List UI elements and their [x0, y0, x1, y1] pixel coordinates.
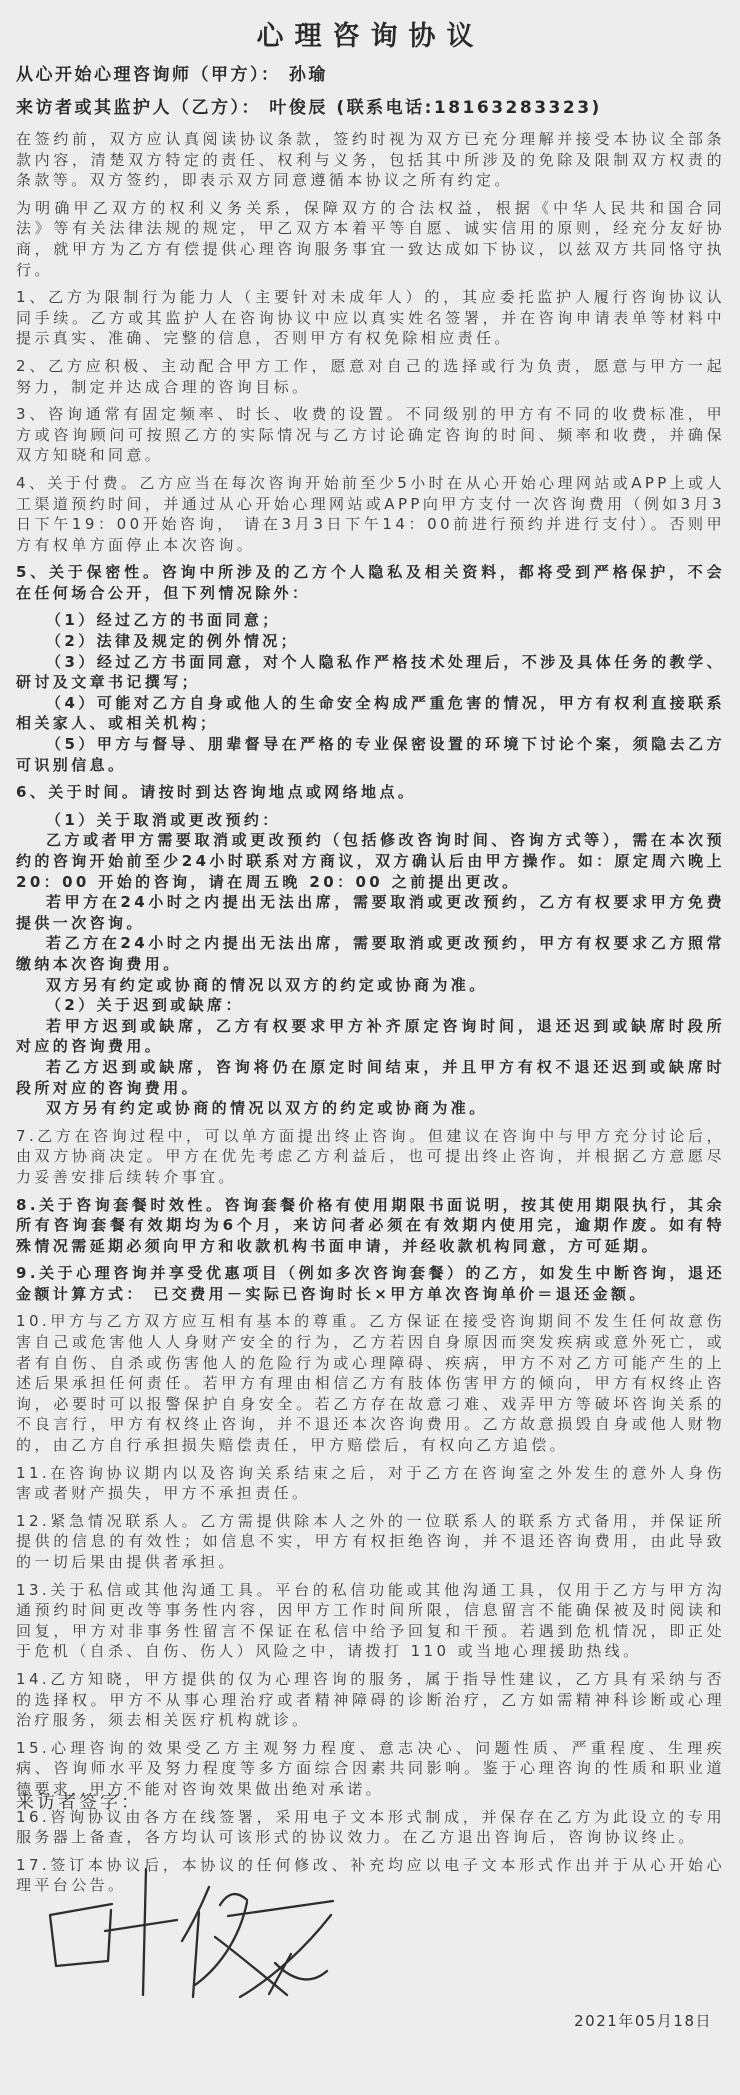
visitor-signature-handwriting [34, 1854, 344, 2014]
agreement-paragraph: （3）经过乙方书面同意，对个人隐私作严格技术处理后，不涉及具体任务的教学、研讨及… [16, 652, 725, 693]
agreement-paragraph: 5、关于保密性。咨询中所涉及的乙方个人隐私及相关资料，都将受到严格保护，不会在任… [16, 562, 725, 603]
agreement-paragraph: 若乙方迟到或缺席，咨询将仍在原定时间结束，并且甲方有权不退还迟到或缺席时段所对应… [16, 1057, 725, 1098]
agreement-paragraph: 9.关于心理咨询并享受优惠项目（例如多次咨询套餐）的乙方，如发生中断咨询，退还金… [16, 1263, 725, 1304]
signature-ink-icon [34, 1854, 344, 2014]
agreement-document: 心理咨询协议 从心开始心理咨询师（甲方）： 孙瑜 来访者或其监护人（乙方）： 叶… [0, 0, 740, 2095]
page-title: 心理咨询协议 [16, 14, 725, 53]
agreement-paragraph: （2）关于迟到或缺席： [16, 995, 725, 1016]
agreement-paragraph: （2）法律及规定的例外情况； [16, 631, 725, 652]
agreement-paragraph: 在签约前，双方应认真阅读协议条款，签约时视为双方已充分理解并接受本协议全部条款内… [16, 129, 725, 191]
agreement-paragraph: （5）甲方与督导、朋辈督导在严格的专业保密设置的环境下讨论个案，须隐去乙方可识别… [16, 734, 725, 775]
party-b-line: 来访者或其监护人（乙方）： 叶俊辰 (联系电话:18163283323) [16, 96, 725, 120]
agreement-paragraph: 7.乙方在咨询过程中，可以单方面提出终止咨询。但建议在咨询中与甲方充分讨论后，由… [16, 1126, 725, 1188]
agreement-paragraph: 1、乙方为限制行为能力人（主要针对未成年人）的，其应委托监护人履行咨询协议认同手… [16, 287, 725, 349]
agreement-paragraph: 14.乙方知晓，甲方提供的仅为心理咨询的服务，属于指导性建议，乙方具有采纳与否的… [16, 1669, 725, 1731]
agreement-paragraph: 双方另有约定或协商的情况以双方的约定或协商为准。 [16, 975, 725, 996]
agreement-body: 在签约前，双方应认真阅读协议条款，签约时视为双方已充分理解并接受本协议全部条款内… [16, 129, 725, 1896]
agreement-paragraph: 11.在咨询协议期内以及咨询关系结束之后，对于乙方在咨询室之外发生的意外人身伤害… [16, 1463, 725, 1504]
agreement-paragraph: （4）可能对乙方自身或他人的生命安全构成严重危害的情况，甲方有权利直接联系相关家… [16, 693, 725, 734]
signature-label: 来访者签字： [0, 1788, 740, 1814]
agreement-paragraph: 12.紧急情况联系人。乙方需提供除本人之外的一位联系人的联系方式备用，并保证所提… [16, 1511, 725, 1573]
signature-date: 2021年05月18日 [574, 2010, 712, 2031]
agreement-paragraph: 10.甲方与乙方双方应互相有基本的尊重。乙方保证在接受咨询期间不发生任何故意伤害… [16, 1311, 725, 1455]
agreement-paragraph: 为明确甲乙双方的权利义务关系，保障双方的合法权益，根据《中华人民共和国合同法》等… [16, 198, 725, 280]
agreement-paragraph: 若甲方在24小时之内提出无法出席，需要取消或更改预约，乙方有权要求甲方免费提供一… [16, 892, 725, 933]
signature-section: 来访者签字： 2021年05月18日 [0, 1788, 740, 2095]
agreement-paragraph: 4、关于付费。乙方应当在每次咨询开始前至少5小时在从心开始心理网站或APP上或人… [16, 473, 725, 555]
agreement-paragraph: 3、咨询通常有固定频率、时长、收费的设置。不同级别的甲方有不同的收费标准，甲方或… [16, 404, 725, 466]
agreement-paragraph: 若乙方在24小时之内提出无法出席，需要取消或更改预约，甲方有权要求乙方照常缴纳本… [16, 933, 725, 974]
agreement-paragraph: （1）关于取消或更改预约： [16, 810, 725, 831]
agreement-paragraph: 6、关于时间。请按时到达咨询地点或网络地点。 [16, 782, 725, 803]
agreement-paragraph: 乙方或者甲方需要取消或更改预约（包括修改咨询时间、咨询方式等），需在本次预约的咨… [16, 830, 725, 892]
agreement-paragraph: 若甲方迟到或缺席，乙方有权要求甲方补齐原定咨询时间，退还迟到或缺席时段所对应的咨… [16, 1016, 725, 1057]
agreement-paragraph: 2、乙方应积极、主动配合甲方工作，愿意对自己的选择或行为负责，愿意与甲方一起努力… [16, 356, 725, 397]
agreement-paragraph: 8.关于咨询套餐时效性。咨询套餐价格有使用期限书面说明，按其使用期限执行，其余所… [16, 1195, 725, 1257]
agreement-paragraph: （1）经过乙方的书面同意； [16, 610, 725, 631]
agreement-paragraph: 双方另有约定或协商的情况以双方的约定或协商为准。 [16, 1098, 725, 1119]
agreement-paragraph: 13.关于私信或其他沟通工具。平台的私信功能或其他沟通工具，仅用于乙方与甲方沟通… [16, 1580, 725, 1662]
party-a-line: 从心开始心理咨询师（甲方）： 孙瑜 [16, 63, 725, 87]
